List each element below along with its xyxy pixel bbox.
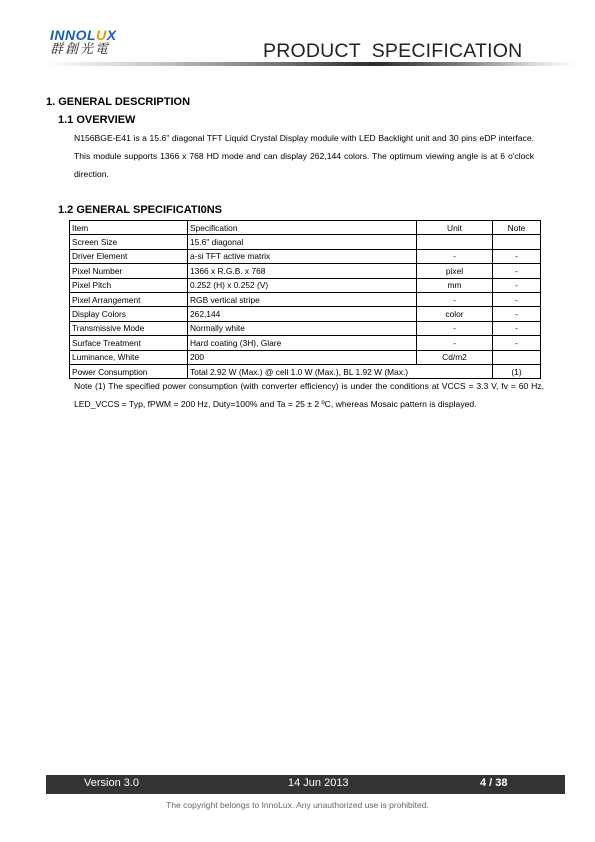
cell-note: - xyxy=(493,336,541,350)
column-header-item: Item xyxy=(70,221,188,235)
cell-item: Screen Size xyxy=(70,235,188,249)
footer-bar: Version 3.0 14 Jun 2013 4 / 38 xyxy=(46,775,565,794)
cell-unit: - xyxy=(417,336,493,350)
table-row: Pixel Number1366 x R.G.B. x 768pixel- xyxy=(70,264,541,278)
cell-spec: RGB vertical stripe xyxy=(188,292,417,306)
cell-spec: 200 xyxy=(188,350,417,364)
table-row: Pixel Pitch0.252 (H) x 0.252 (V)mm- xyxy=(70,278,541,292)
cell-item: Pixel Arrangement xyxy=(70,292,188,306)
header-divider xyxy=(45,62,575,66)
logo-chinese-name: 群創光電 xyxy=(50,43,150,57)
section-heading-general-description: 1. GENERAL DESCRIPTION xyxy=(46,96,190,108)
cell-item: Transmissive Mode xyxy=(70,321,188,335)
cell-unit: - xyxy=(417,321,493,335)
document-version: Version 3.0 xyxy=(84,777,139,789)
cell-unit: pixel xyxy=(417,264,493,278)
cell-note: - xyxy=(493,249,541,263)
cell-spec: Hard coating (3H), Glare xyxy=(188,336,417,350)
cell-item: Pixel Pitch xyxy=(70,278,188,292)
cell-spec: 262,144 xyxy=(188,307,417,321)
innolux-logo: INNOLUX 群創光電 xyxy=(50,28,150,57)
cell-unit xyxy=(417,235,493,249)
cell-item: Surface Treatment xyxy=(70,336,188,350)
document-date: 14 Jun 2013 xyxy=(288,777,349,789)
column-header-unit: Unit xyxy=(417,221,493,235)
cell-unit: Cd/m2 xyxy=(417,350,493,364)
cell-spec: 1366 x R.G.B. x 768 xyxy=(188,264,417,278)
cell-note xyxy=(493,350,541,364)
column-header-specification: Specification xyxy=(188,221,417,235)
subsection-heading-overview: 1.1 OVERVIEW xyxy=(58,114,135,126)
cell-spec: 15.6" diagonal xyxy=(188,235,417,249)
cell-unit: mm xyxy=(417,278,493,292)
table-row: Display Colors262,144color- xyxy=(70,307,541,321)
copyright-notice: The copyright belongs to InnoLux. Any un… xyxy=(0,800,595,810)
cell-note: - xyxy=(493,278,541,292)
table-row: Pixel ArrangementRGB vertical stripe-- xyxy=(70,292,541,306)
cell-item: Driver Element xyxy=(70,249,188,263)
cell-spec: a-si TFT active matrix xyxy=(188,249,417,263)
table-row: Surface TreatmentHard coating (3H), Glar… xyxy=(70,336,541,350)
cell-unit: - xyxy=(417,249,493,263)
general-specifications-table: Item Specification Unit Note Screen Size… xyxy=(69,220,541,379)
cell-note: - xyxy=(493,321,541,335)
table-row: Luminance, White200Cd/m2 xyxy=(70,350,541,364)
cell-note: - xyxy=(493,307,541,321)
cell-item: Pixel Number xyxy=(70,264,188,278)
overview-paragraph: N156BGE-E41 is a 15.6" diagonal TFT Liqu… xyxy=(74,129,534,183)
cell-item: Display Colors xyxy=(70,307,188,321)
table-row: Driver Elementa-si TFT active matrix-- xyxy=(70,249,541,263)
cell-note xyxy=(493,235,541,249)
table-row: Screen Size15.6" diagonal xyxy=(70,235,541,249)
cell-unit: color xyxy=(417,307,493,321)
cell-note: - xyxy=(493,264,541,278)
power-consumption-note: Note (1) The specified power consumption… xyxy=(74,377,544,413)
cell-spec: Normally white xyxy=(188,321,417,335)
table-header-row: Item Specification Unit Note xyxy=(70,221,541,235)
cell-note: - xyxy=(493,292,541,306)
document-title: PRODUCT SPECIFICATION xyxy=(263,40,522,63)
cell-unit: - xyxy=(417,292,493,306)
table-row: Transmissive ModeNormally white-- xyxy=(70,321,541,335)
subsection-heading-specifications: 1.2 GENERAL SPECIFICATI0NS xyxy=(58,204,222,216)
column-header-note: Note xyxy=(493,221,541,235)
cell-spec: 0.252 (H) x 0.252 (V) xyxy=(188,278,417,292)
cell-item: Luminance, White xyxy=(70,350,188,364)
page-number: 4 / 38 xyxy=(480,777,508,789)
logo-wordmark: INNOLUX xyxy=(50,28,150,42)
